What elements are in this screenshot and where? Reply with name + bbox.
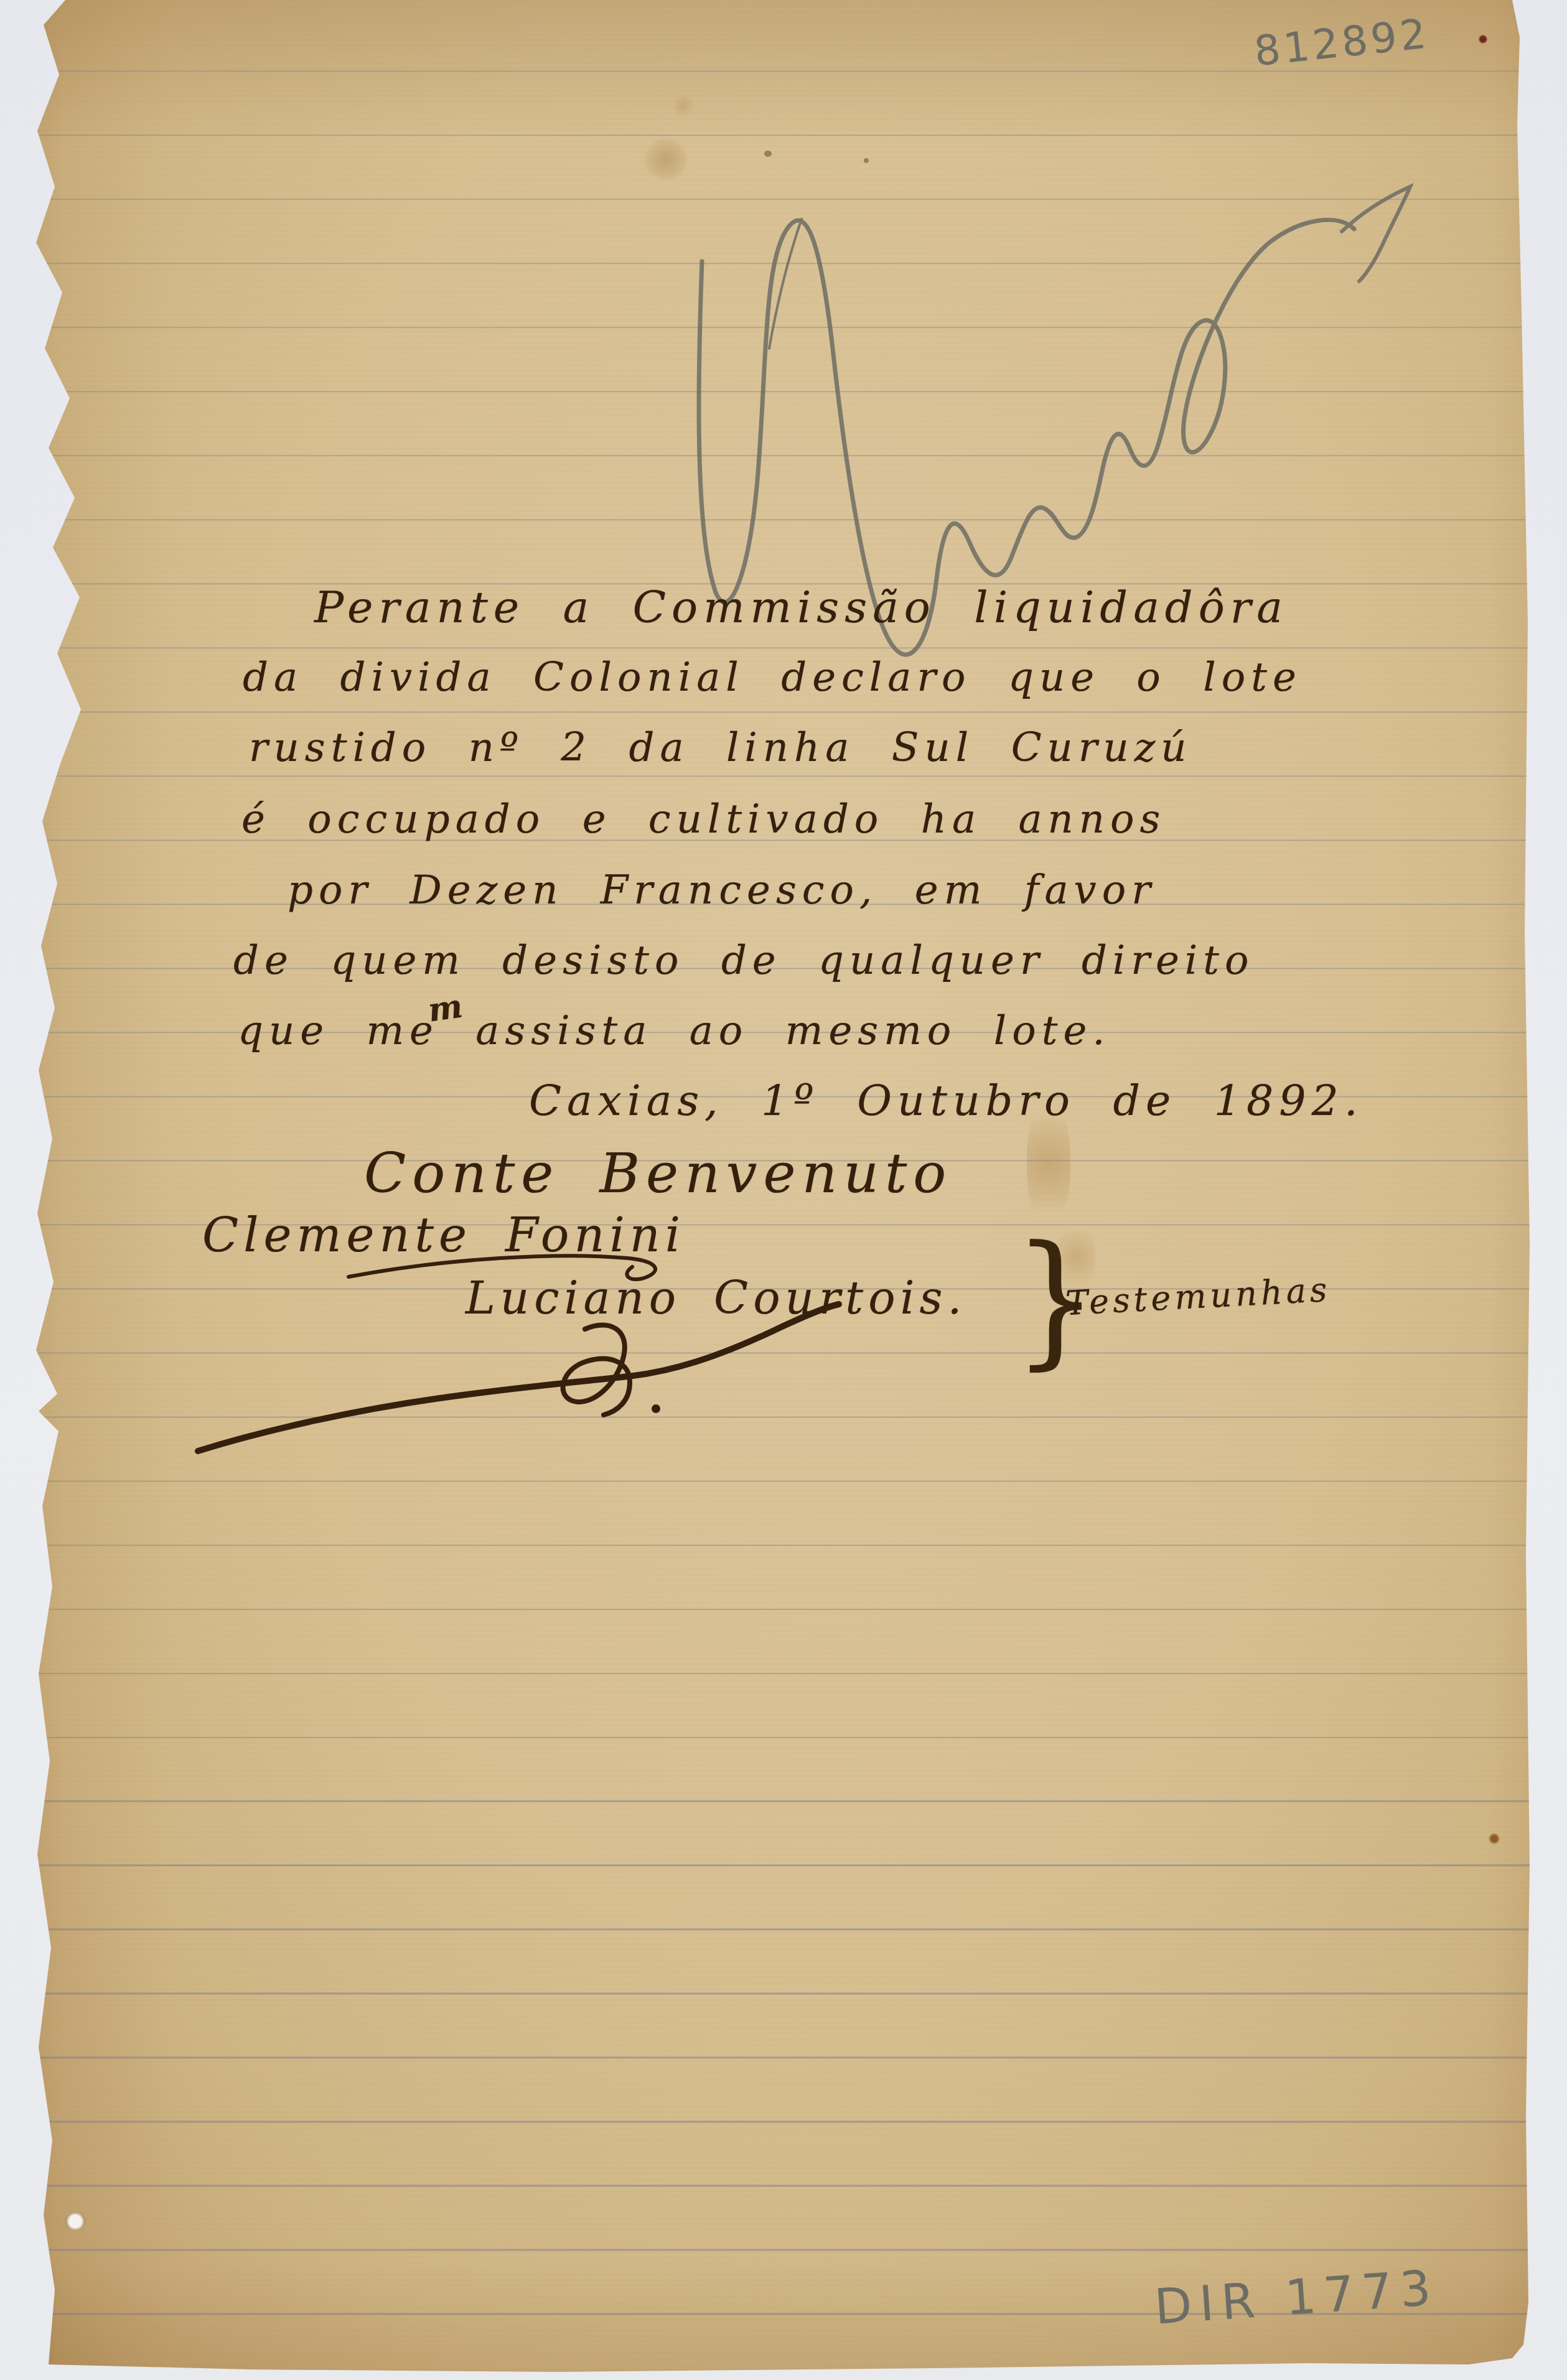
handwritten-line-3: rustido nº 2 da linha Sul Curuzú bbox=[249, 725, 1192, 771]
witness-signature-1: Clemente Fonini bbox=[202, 1207, 685, 1262]
handwritten-line-7: que me assista ao mesmo lote. bbox=[238, 1008, 1111, 1054]
handwritten-line-6: de quem desisto de qualquer direito bbox=[233, 938, 1255, 984]
declarant-signature: Conte Benvenuto bbox=[364, 1141, 952, 1205]
handwritten-line-4: é occupado e cultivado ha annos bbox=[241, 796, 1166, 842]
inserted-correction: m bbox=[426, 987, 465, 1029]
scanned-document: 812892 Perante a Commissão liquidadôra d… bbox=[0, 0, 1567, 2380]
handwritten-line-2: da divida Colonial declaro que o lote bbox=[243, 655, 1302, 701]
handwritten-line-1: Perante a Commissão liquidadôra bbox=[314, 582, 1288, 633]
witness-signature-2: Luciano Courtois. bbox=[465, 1272, 966, 1324]
dateline: Caxias, 1º Outubro de 1892. bbox=[529, 1076, 1364, 1126]
handwritten-line-5: por Dezen Francesco, em favor bbox=[288, 867, 1156, 913]
